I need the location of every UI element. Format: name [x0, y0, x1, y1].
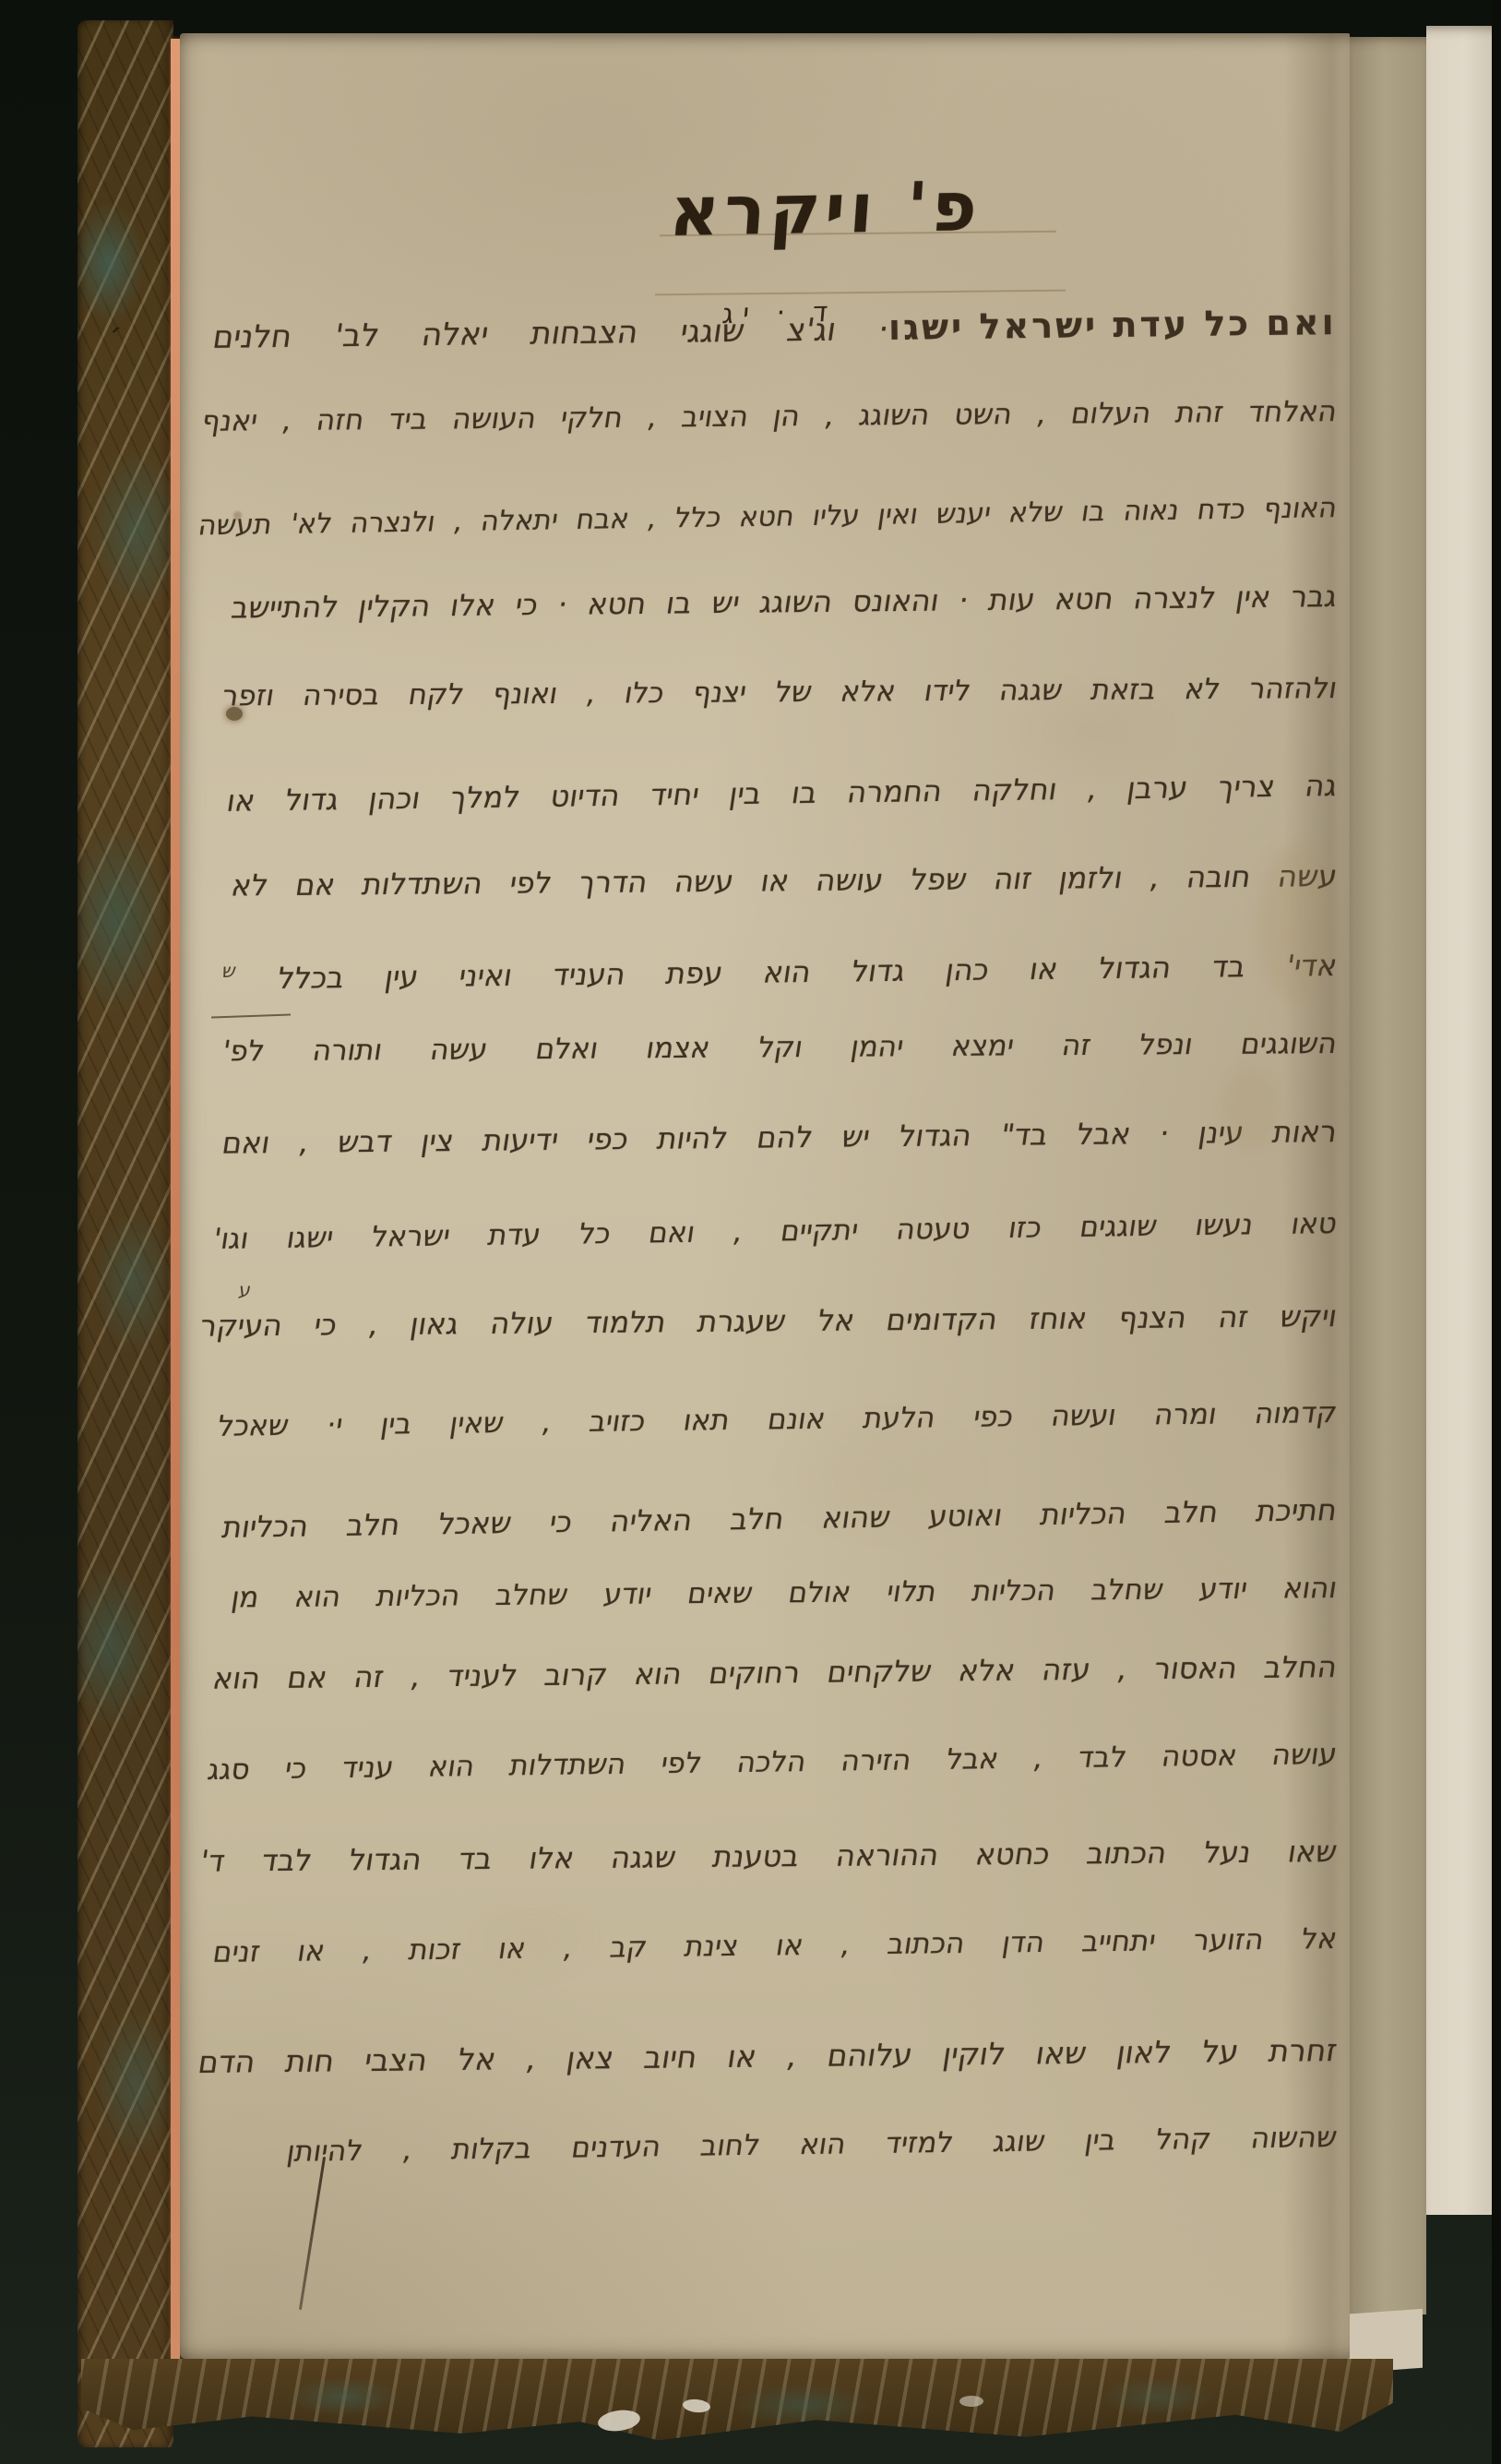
square-script-quote: ואם כל עדת ישראל ישגו [888, 305, 1337, 347]
manuscript-line-19: אל הזוער יתחייב הדן הכתוב , או צינת קב ,… [193, 1924, 1340, 1968]
manuscript-line-12: ויקש זה הצנף אוחז הקדומים אל שעגרת תלמוד… [193, 1301, 1340, 1342]
manuscript-text: ואם כל עדת ישראל ישגו · וג'צ שוגגי הצבחו… [180, 33, 1350, 2359]
cover-fray-spot [959, 2396, 983, 2407]
manuscript-line-10: ראות עינן · אבל בד" הגדול יש להם להיות כ… [193, 1117, 1340, 1160]
manuscript-line-6: גה צריך ערבן , וחלקה החמרה בו בין יחיד ה… [193, 771, 1340, 818]
book-cover-bottom-edge [81, 2359, 1393, 2444]
manuscript-photo: ׳ פ' ויקרא ד · יג ואם כל עדת ישראל ישגו … [0, 0, 1501, 2464]
manuscript-line-13: קדמוה ומרה ועשה כפי הלעת אונם תאו כזויב … [193, 1398, 1340, 1442]
book-cover-marbled-edge [77, 20, 173, 2447]
manuscript-line-4: גבר אין לנצרה חטא עות · והאונס השוגג יש … [193, 581, 1340, 625]
manuscript-line-18: שאו נעל הכתוב כחטא ההוראה בטענת שגגה אלו… [193, 1836, 1340, 1877]
manuscript-line-8: אדי' בד הגדול או כהן גדול הוא עפת העניד … [193, 951, 1340, 996]
manuscript-line-16: החלב האסור , עזה אלא שלקחים רחוקים הוא ק… [193, 1652, 1340, 1695]
manuscript-line-2: האלחד זהת העלום , השט השוגג , הן הצויב ,… [193, 397, 1340, 437]
manuscript-line-15: והוא יודע שחלב הכליות תלוי אולם שאים יוד… [193, 1573, 1340, 1613]
underlying-page-edge [1426, 26, 1495, 2215]
manuscript-line-1: ואם כל עדת ישראל ישגו · וג'צ שוגגי הצבחו… [192, 305, 1340, 355]
manuscript-line-7: עשה חובה , ולזמן זוה שפל עושה או עשה הדר… [193, 861, 1340, 902]
manuscript-page: פ' ויקרא ד · יג ואם כל עדת ישראל ישגו · … [180, 33, 1350, 2359]
manuscript-line-5: ולהזהר לא בזאת שגגה לידו אלא של יצנף כלו… [193, 674, 1340, 712]
manuscript-line-20: זחרת על לאון שאו לוקין עלוהם , או חיוב צ… [193, 2035, 1340, 2079]
manuscript-line-3: האונף כדח נאוה בו שלא יענש ואין עליו חטא… [193, 494, 1339, 541]
background-right-edge [1492, 0, 1501, 2464]
manuscript-line-11: טאו נעשו שוגגים כזו טעטה יתקיים , ואם כל… [193, 1209, 1340, 1255]
page-stack-side [1349, 37, 1426, 2314]
manuscript-line-14: חתיכת חלב הכליות ואוטע שהוא חלב האליה כי… [193, 1495, 1340, 1544]
manuscript-line-21: שהשוה קהל בין שוגג למזיד הוא לחוב העדנים… [193, 2123, 1340, 2169]
manuscript-line-9: השוגגים ונפל זה ימצא יהמן וקל אצמו ואלם … [193, 1029, 1340, 1067]
manuscript-line-17: עושה אסטה לבד , אבל הזירה הלכה לפי השתדל… [193, 1740, 1340, 1786]
page-sprinkled-edge-line [171, 39, 180, 2361]
